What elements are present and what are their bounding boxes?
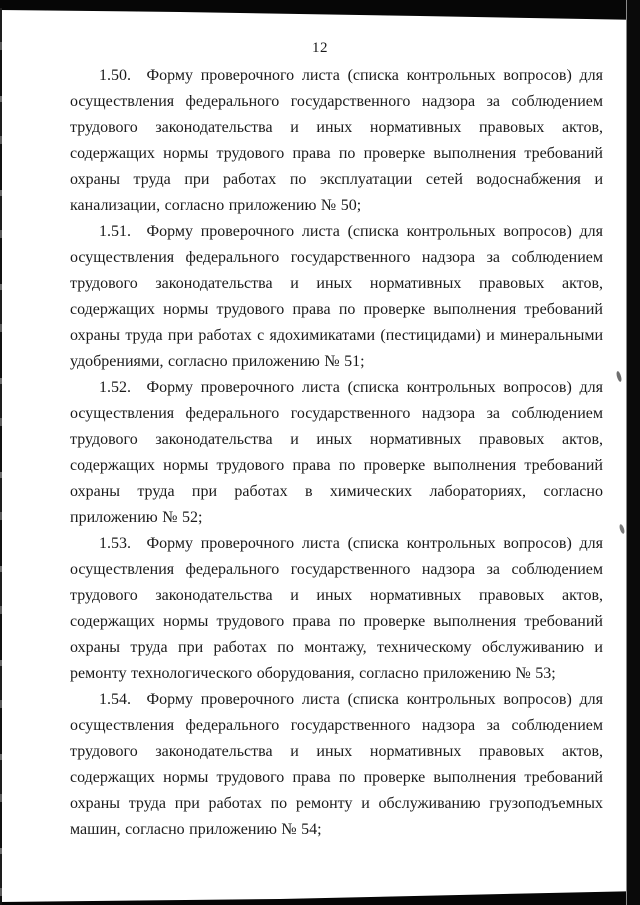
- scan-border-left: [0, 8, 2, 905]
- text-line: 1.50. Форму проверочного листа (списка к…: [70, 63, 603, 89]
- text-line: содержащих нормы трудового права по пров…: [70, 453, 603, 479]
- text-line: содержащих нормы трудового права по пров…: [70, 297, 603, 323]
- text-line: осуществления федерального государственн…: [70, 557, 603, 583]
- scan-border-top: [0, 0, 640, 22]
- text-line: охраны труда при работах по монтажу, тех…: [70, 635, 603, 661]
- text-line: охраны труда при работах по ремонту и об…: [70, 791, 603, 817]
- text-line: содержащих нормы трудового права по пров…: [70, 609, 603, 635]
- text-line: машин, согласно приложению № 54;: [70, 817, 603, 843]
- text-line: 1.54. Форму проверочного листа (списка к…: [70, 687, 603, 713]
- scan-speck: [616, 371, 623, 383]
- paragraph-1-51: 1.51. Форму проверочного листа (списка к…: [70, 219, 603, 375]
- text-line: трудового законодательства и иных нормат…: [70, 271, 603, 297]
- scan-border-bottom: [0, 888, 640, 905]
- scan-speck: [619, 524, 626, 535]
- text-line: канализации, согласно приложению № 50;: [70, 193, 603, 219]
- text-line: 1.52. Форму проверочного листа (списка к…: [70, 375, 603, 401]
- text-line: трудового законодательства и иных нормат…: [70, 427, 603, 453]
- text-line: охраны труда при работах в химических ла…: [70, 479, 603, 505]
- text-line: осуществления федерального государственн…: [70, 89, 603, 115]
- text-line: охраны труда при работах по эксплуатации…: [70, 167, 603, 193]
- text-line: трудового законодательства и иных нормат…: [70, 739, 603, 765]
- scan-border-right: [626, 0, 640, 905]
- text-line: приложению № 52;: [70, 505, 603, 531]
- text-line: трудового законодательства и иных нормат…: [70, 115, 603, 141]
- text-line: 1.51. Форму проверочного листа (списка к…: [70, 219, 603, 245]
- text-line: 1.53. Форму проверочного листа (списка к…: [70, 531, 603, 557]
- paragraph-1-54: 1.54. Форму проверочного листа (списка к…: [70, 687, 603, 843]
- page-number: 12: [0, 40, 640, 56]
- text-line: ремонту технологического оборудования, с…: [70, 661, 603, 687]
- text-line: трудового законодательства и иных нормат…: [70, 583, 603, 609]
- scanned-document-page: 12 1.50. Форму проверочного листа (списк…: [0, 0, 640, 905]
- text-line: удобрениями, согласно приложению № 51;: [70, 349, 603, 375]
- page-content: 1.50. Форму проверочного листа (списка к…: [70, 63, 603, 843]
- text-line: осуществления федерального государственн…: [70, 245, 603, 271]
- text-line: содержащих нормы трудового права по пров…: [70, 765, 603, 791]
- paragraph-1-52: 1.52. Форму проверочного листа (списка к…: [70, 375, 603, 531]
- text-line: осуществления федерального государственн…: [70, 401, 603, 427]
- text-line: содержащих нормы трудового права по пров…: [70, 141, 603, 167]
- text-line: охраны труда при работах с ядохимикатами…: [70, 323, 603, 349]
- text-line: осуществления федерального государственн…: [70, 713, 603, 739]
- paragraph-1-53: 1.53. Форму проверочного листа (списка к…: [70, 531, 603, 687]
- paragraph-1-50: 1.50. Форму проверочного листа (списка к…: [70, 63, 603, 219]
